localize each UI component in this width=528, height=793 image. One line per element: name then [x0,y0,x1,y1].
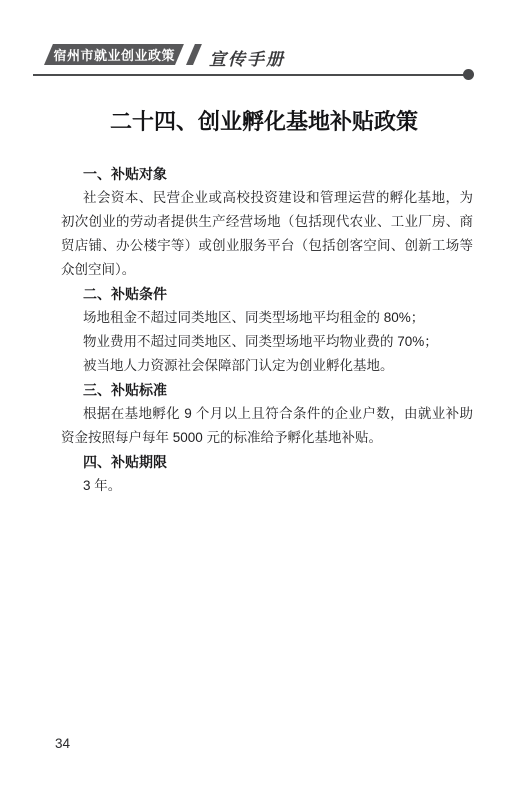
section-subsidy-target: 一、补贴对象 社会资本、民营企业或高校投资建设和管理运营的孵化基地，为初次创业的… [61,162,473,282]
section-paragraph: 场地租金不超过同类地区、同类型场地平均租金的 80%； [61,306,473,330]
header-handbook-label: 宣传手册 [209,45,285,70]
page-number: 34 [55,736,70,751]
section-paragraph: 社会资本、民营企业或高校投资建设和管理运营的孵化基地，为初次创业的劳动者提供生产… [61,186,473,282]
section-paragraph: 被当地人力资源社会保障部门认定为创业孵化基地。 [61,354,473,378]
header-divider-rule [33,74,464,76]
section-subsidy-conditions: 二、补贴条件 场地租金不超过同类地区、同类型场地平均租金的 80%； 物业费用不… [61,282,473,378]
section-paragraph: 3 年。 [61,474,473,498]
policy-content: 一、补贴对象 社会资本、民营企业或高校投资建设和管理运营的孵化基地，为初次创业的… [61,162,473,498]
section-heading: 四、补贴期限 [61,450,473,474]
header-rule-end-dot [463,69,474,80]
section-paragraph: 根据在基地孵化 9 个月以上且符合条件的企业户数，由就业补助资金按照每户每年 5… [61,402,473,450]
section-subsidy-duration: 四、补贴期限 3 年。 [61,450,473,498]
section-subsidy-standard: 三、补贴标准 根据在基地孵化 9 个月以上且符合条件的企业户数，由就业补助资金按… [61,378,473,450]
handbook-page: 宿州市就业创业政策 宣传手册 二十四、创业孵化基地补贴政策 一、补贴对象 社会资… [0,0,528,793]
section-paragraph: 物业费用不超过同类地区、同类型场地平均物业费的 70%； [61,330,473,354]
section-heading: 一、补贴对象 [61,162,473,186]
page-title: 二十四、创业孵化基地补贴政策 [0,109,528,135]
section-heading: 三、补贴标准 [61,378,473,402]
header-band-label: 宿州市就业创业政策 [53,45,175,64]
header-band: 宿州市就业创业政策 [44,44,184,65]
section-heading: 二、补贴条件 [61,282,473,306]
header-band-slash-decoration [186,44,202,65]
